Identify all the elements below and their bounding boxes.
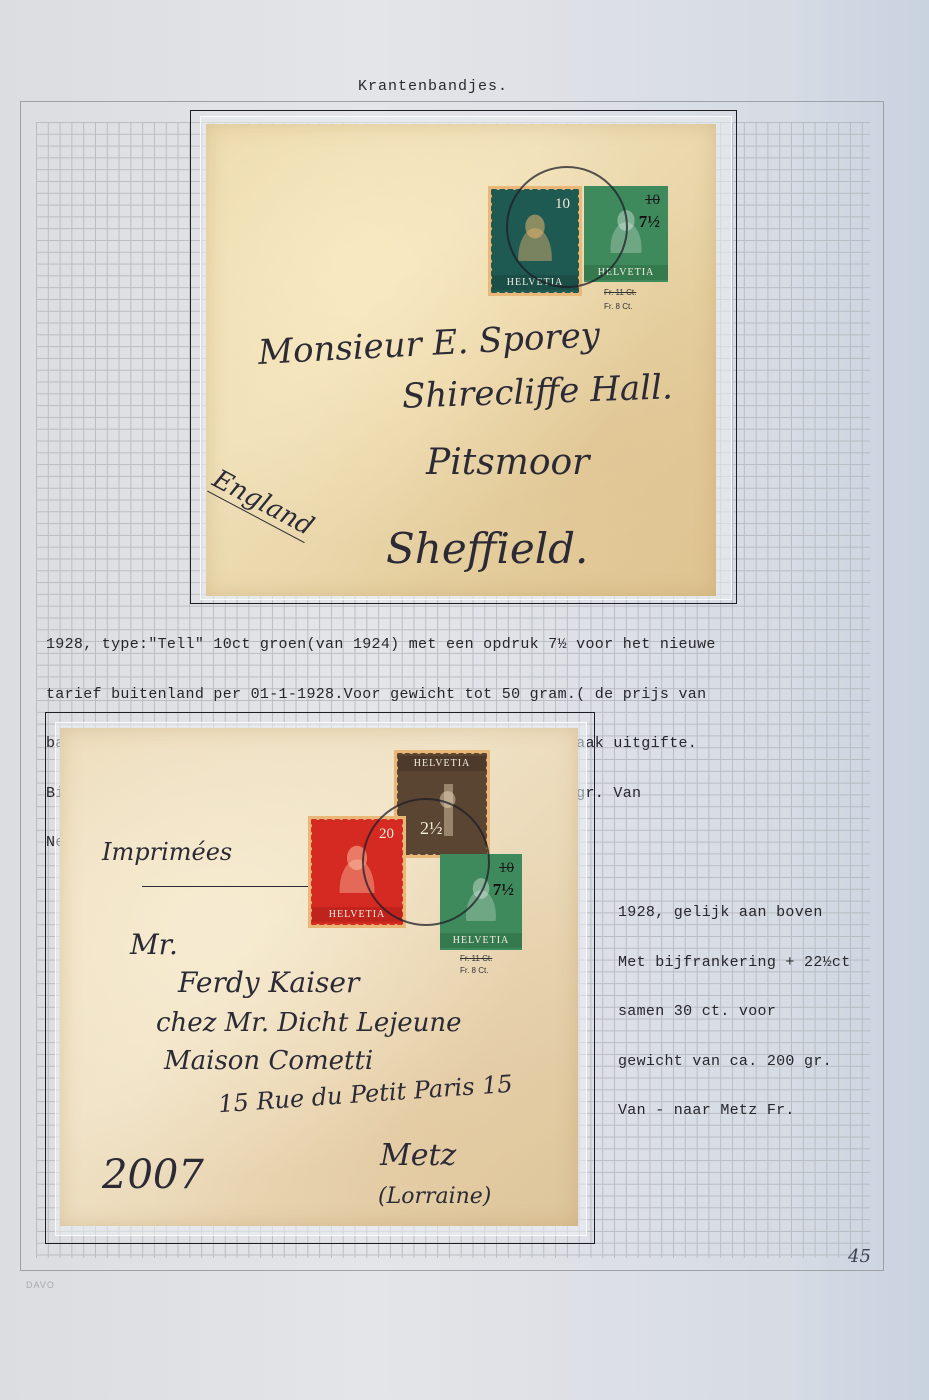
postmark-icon <box>362 798 490 926</box>
imprint-old-price: Fr. 11 Ct. <box>604 288 636 297</box>
stamp-overprint: 7½ <box>493 880 514 900</box>
stamp-original-value: 10 <box>645 192 660 209</box>
postmark-icon <box>506 166 628 288</box>
caption-line: samen 30 ct. voor <box>618 1004 851 1021</box>
page-title: Krantenbandjes. <box>358 78 508 95</box>
stamp-label: HELVETIA <box>440 933 522 948</box>
address-line: Mr. <box>130 928 178 961</box>
newspaper-wrapper-1[interactable]: 10 HELVETIA 10 7½ HELVETIA Fr. 11 Ct. Fr… <box>206 124 716 596</box>
address-line: Maison Cometti <box>164 1046 373 1076</box>
address-line: Ferdy Kaiser <box>178 966 359 999</box>
address-line: (Lorraine) <box>378 1184 491 1209</box>
address-line: Metz <box>380 1138 456 1173</box>
address-line: 15 Rue du Petit Paris 15 <box>217 1070 513 1119</box>
caption-line: gewicht van ca. 200 gr. <box>618 1054 851 1071</box>
caption-line: 1928, type:"Tell" 10ct groen(van 1924) m… <box>46 637 716 654</box>
imprint-old-price: Fr. 11 Ct. <box>460 954 492 963</box>
country-note: England <box>207 464 318 543</box>
album-brand: DAVO <box>26 1280 55 1290</box>
page-number: 45 <box>848 1246 871 1267</box>
caption-line: 1928, gelijk aan boven <box>618 905 851 922</box>
imprint-new-price: Fr. 8 Ct. <box>460 966 488 975</box>
stamp-label: HELVETIA <box>398 756 486 771</box>
address-line: chez Mr. Dicht Lejeune <box>156 1008 462 1038</box>
stamp-overprint: 7½ <box>639 212 660 232</box>
reference-note: 2007 <box>102 1152 204 1198</box>
description-2: 1928, gelijk aan boven Met bijfrankering… <box>618 872 851 1136</box>
address-line: Sheffield. <box>386 524 588 573</box>
stamp-original-value: 10 <box>499 860 514 877</box>
caption-line: Met bijfrankering + 22½ct <box>618 955 851 972</box>
service-note: Imprimées <box>102 838 232 866</box>
imprint-new-price: Fr. 8 Ct. <box>604 302 632 311</box>
caption-line: Van - naar Metz Fr. <box>618 1103 851 1120</box>
newspaper-wrapper-2[interactable]: HELVETIA 2½ 20 HELVETIA 10 7½ HELVETIA F… <box>60 728 578 1226</box>
address-line: Pitsmoor <box>426 442 589 483</box>
address-line: Shirecliffe Hall. <box>401 367 673 416</box>
service-note-underline <box>142 886 308 887</box>
address-line: Monsieur E. Sporey <box>257 315 601 373</box>
caption-line: tarief buitenland per 01-1-1928.Voor gew… <box>46 687 716 704</box>
